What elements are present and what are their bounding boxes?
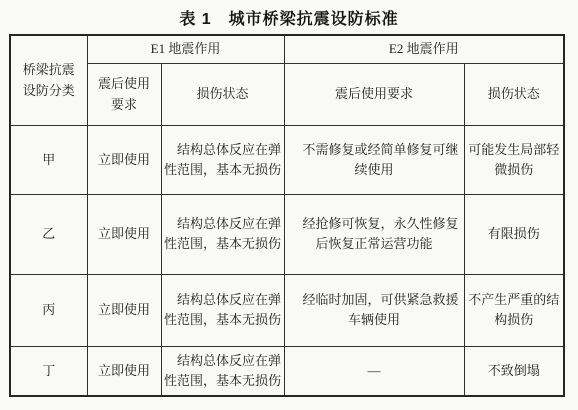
- header-e2-group: E2 地震作用: [284, 35, 564, 63]
- cell-e1-usage-ding: 立即使用: [87, 346, 161, 396]
- table-row-yi: 乙 立即使用 结构总体反应在弹性范围，基本无损伤 经抢修可恢复，永久性修复后恢复…: [10, 194, 564, 274]
- cell-e1-damage-bing: 结构总体反应在弹性范围，基本无损伤: [161, 274, 284, 346]
- header-e1-usage-line2: 要求: [88, 94, 161, 115]
- header-row-groups: 桥梁抗震 设防分类 E1 地震作用 E2 地震作用: [10, 35, 564, 63]
- table-row-ding: 丁 立即使用 结构总体反应在弹性范围，基本无损伤 — 不致倒塌: [10, 346, 564, 396]
- cell-e1-damage-yi: 结构总体反应在弹性范围，基本无损伤: [161, 194, 284, 274]
- header-classification-line2: 设防分类: [11, 80, 87, 101]
- scanned-document-page: { "page": { "paper_color": "#f9f9f7", "i…: [0, 0, 578, 410]
- header-e2-damage: 损伤状态: [464, 63, 564, 125]
- cell-e1-usage-bing: 立即使用: [87, 274, 161, 346]
- header-e1-damage: 损伤状态: [161, 63, 284, 125]
- cell-e2-damage-ding: 不致倒塌: [464, 346, 564, 396]
- table-row-jia: 甲 立即使用 结构总体反应在弹性范围，基本无损伤 不需修复或经简单修复可继续使用…: [10, 125, 564, 194]
- header-e1-usage: 震后使用 要求: [87, 63, 161, 125]
- cell-e2-damage-yi: 有限损伤: [464, 194, 564, 274]
- cell-e1-damage-ding: 结构总体反应在弹性范围，基本无损伤: [161, 346, 284, 396]
- header-e1-group: E1 地震作用: [87, 35, 284, 63]
- cell-e2-usage-bing: 经临时加固，可供紧急救援车辆使用: [284, 274, 464, 346]
- header-e1-usage-line1: 震后使用: [88, 73, 161, 94]
- cell-e1-usage-jia: 立即使用: [87, 125, 161, 194]
- table-row-bing: 丙 立即使用 结构总体反应在弹性范围，基本无损伤 经临时加固，可供紧急救援车辆使…: [10, 274, 564, 346]
- cell-category-jia: 甲: [10, 125, 87, 194]
- seismic-standard-table: 桥梁抗震 设防分类 E1 地震作用 E2 地震作用 震后使用 要求 损伤状态 震…: [9, 34, 565, 397]
- cell-e1-damage-jia: 结构总体反应在弹性范围，基本无损伤: [161, 125, 284, 194]
- cell-e2-damage-bing: 不产生严重的结构损伤: [464, 274, 564, 346]
- cell-e2-usage-jia: 不需修复或经简单修复可继续使用: [284, 125, 464, 194]
- cell-category-ding: 丁: [10, 346, 87, 396]
- cell-category-yi: 乙: [10, 194, 87, 274]
- header-classification-line1: 桥梁抗震: [11, 59, 87, 80]
- cell-e2-usage-yi: 经抢修可恢复，永久性修复后恢复正常运营功能: [284, 194, 464, 274]
- table-title: 表 1 城市桥梁抗震设防标准: [0, 6, 578, 29]
- header-row-columns: 震后使用 要求 损伤状态 震后使用要求 损伤状态: [10, 63, 564, 125]
- header-classification: 桥梁抗震 设防分类: [10, 35, 87, 125]
- cell-e1-usage-yi: 立即使用: [87, 194, 161, 274]
- header-e2-usage: 震后使用要求: [284, 63, 464, 125]
- cell-e2-usage-ding: —: [284, 346, 464, 396]
- cell-e2-damage-jia: 可能发生局部轻微损伤: [464, 125, 564, 194]
- cell-category-bing: 丙: [10, 274, 87, 346]
